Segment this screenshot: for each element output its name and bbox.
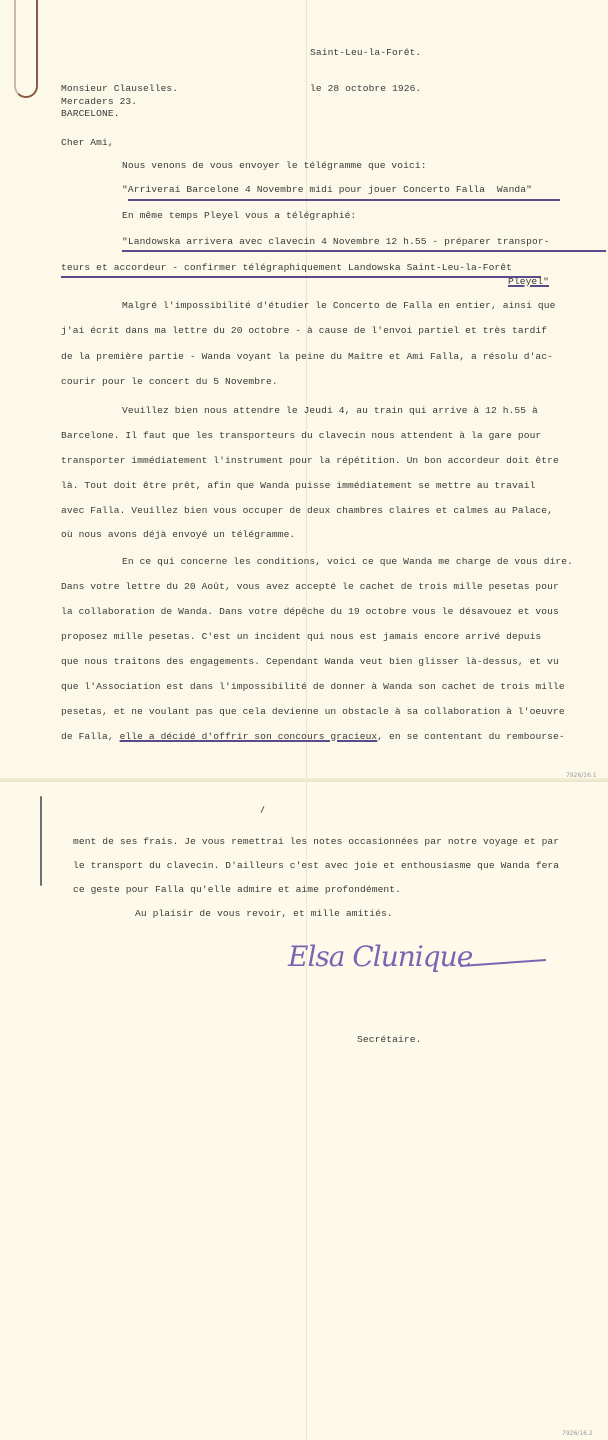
- paper-fold-line: [306, 782, 307, 1440]
- recipient-city: BARCELONE.: [61, 108, 120, 120]
- signer-title: Secrétaire.: [357, 1034, 421, 1046]
- paragraph-3-line: que nous traîtons des engagements. Cepen…: [61, 656, 559, 668]
- telegram-underline: [128, 199, 560, 201]
- paragraph-2-line: transporter immédiatement l'instrument p…: [61, 455, 559, 467]
- salutation: Cher Ami,: [61, 137, 114, 149]
- paragraph-2-line: là. Tout doit être prêt, afin que Wanda …: [61, 480, 535, 492]
- paragraph-2-line: où nous avons déjà envoyé un télégramme.: [61, 529, 295, 541]
- underlined-phrase: elle a décidé d'offrir son concours grac…: [120, 731, 378, 742]
- paragraph-1-line: j'ai écrit dans ma lettre du 20 octobre …: [61, 325, 547, 337]
- paragraph-1-line: de la première partie - Wanda voyant la …: [61, 351, 553, 363]
- pleyel-intro: En même temps Pleyel vous a télégraphié:: [122, 210, 356, 222]
- paragraph-3-line: proposez mille pesetas. C'est un inciden…: [61, 631, 541, 643]
- paragraph-1-line: courir pour le concert du 5 Novembre.: [61, 376, 278, 388]
- paragraph-2-line: Veuillez bien nous attendre le Jeudi 4, …: [122, 405, 538, 417]
- text-before-underline: de Falla,: [61, 731, 120, 742]
- telegram-wanda: "Arriverai Barcelone 4 Novembre midi pou…: [122, 184, 532, 196]
- archive-mark: 7926/16.2: [562, 1430, 593, 1437]
- page-2-line: le transport du clavecin. D'ailleurs c'e…: [73, 860, 559, 872]
- paper-clip-icon: [40, 796, 42, 886]
- recipient-street: Mercaders 23.: [61, 96, 137, 108]
- telegram-pleyel-line-2: teurs et accordeur - confirmer télégraph…: [61, 262, 512, 274]
- signature: Elsa Clunique: [288, 940, 472, 973]
- page-2-line: ce geste pour Falla qu'elle admire et ai…: [73, 884, 401, 896]
- paragraph-1-line: Malgré l'impossibilité d'étudier le Conc…: [122, 300, 555, 312]
- letter-place: Saint-Leu-la-Forêt.: [310, 47, 421, 59]
- paragraph-3-line: Dans votre lettre du 20 Août, vous avez …: [61, 581, 559, 593]
- paragraph-2-line: avec Falla. Veuillez bien vous occuper d…: [61, 505, 553, 517]
- recipient-name: Monsieur Clauselles.: [61, 83, 178, 95]
- paragraph-3-line: la collaboration de Wanda. Dans votre dé…: [61, 606, 559, 618]
- paragraph-2-line: Barcelone. Il faut que les transporteurs…: [61, 430, 541, 442]
- text-after-underline: , en se contentant du rembourse-: [377, 731, 564, 742]
- letter-date: le 28 octobre 1926.: [310, 83, 421, 95]
- closing-line: Au plaisir de vous revoir, et mille amit…: [135, 908, 393, 920]
- telegram-pleyel-line-1: "Landowska arrivera avec clavecin 4 Nove…: [122, 236, 550, 248]
- letter-page-2: [0, 782, 608, 1440]
- paragraph-3-line: En ce qui concerne les conditions, voici…: [122, 556, 573, 568]
- paragraph-3-line: que l'Association est dans l'impossibili…: [61, 681, 565, 693]
- paper-clip-icon: [14, 0, 38, 98]
- page-2-line: ment de ses frais. Je vous remettrai les…: [73, 836, 559, 848]
- paragraph-3-last-line: de Falla, elle a décidé d'offrir son con…: [61, 731, 565, 743]
- telegram-underline: [122, 250, 606, 252]
- telegram-pleyel-line-3: Pleyel": [508, 276, 549, 288]
- telegram-intro: Nous venons de vous envoyer le télégramm…: [122, 160, 427, 172]
- letter-page-1: Saint-Leu-la-Forêt. Monsieur Clauselles.…: [0, 0, 608, 782]
- paragraph-3-line: pesetas, et ne voulant pas que cela devi…: [61, 706, 565, 718]
- telegram-underline: [61, 276, 541, 278]
